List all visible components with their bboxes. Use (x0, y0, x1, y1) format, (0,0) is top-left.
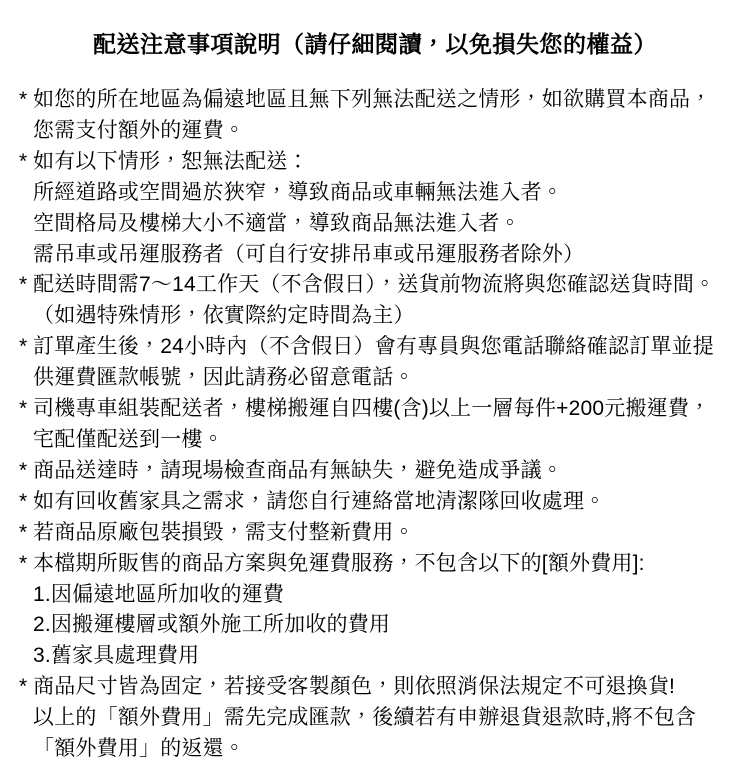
notice-line: * 如您的所在地區為偏遠地區且無下列無法配送之情形，如欲購買本商品， (19, 85, 746, 116)
bullet-marker: * (19, 85, 33, 116)
bullet-marker: * (19, 394, 33, 425)
notice-text: 以上的「額外費用」需先完成匯款，後續若有申辦退貨退款時,將不包含 (33, 703, 746, 734)
notice-line: 2.因搬運樓層或額外施工所加收的費用 (19, 610, 746, 641)
notice-text: 供運費匯款帳號，因此請務必留意電話。 (33, 363, 746, 394)
notice-line: （如遇特殊情形，依實際約定時間為主） (19, 301, 746, 332)
notice-text: 如有回收舊家具之需求，請您自行連絡當地清潔隊回收處理。 (33, 487, 746, 518)
notice-text: 商品送達時，請現場檢查商品有無缺失，避免造成爭議。 (33, 456, 746, 487)
notice-line: 空間格局及樓梯大小不適當，導致商品無法進入者。 (19, 209, 746, 240)
notice-text: 「額外費用」的返還。 (33, 734, 746, 765)
notice-line: 1.因偏遠地區所加收的運費 (19, 580, 746, 611)
bullet-marker: * (19, 332, 33, 363)
notice-text: 空間格局及樓梯大小不適當，導致商品無法進入者。 (33, 209, 746, 240)
notice-text: 需吊車或吊運服務者（可自行安排吊車或吊運服務者除外） (33, 240, 746, 271)
bullet-marker: * (19, 270, 33, 301)
notice-line: 宅配僅配送到一樓。 (19, 425, 746, 456)
notice-text: 如有以下情形，恕無法配送： (33, 147, 746, 178)
notice-text: 若商品原廠包裝損毀，需支付整新費用。 (33, 518, 746, 549)
notice-text: 宅配僅配送到一樓。 (33, 425, 746, 456)
notice-text: （如遇特殊情形，依實際約定時間為主） (33, 301, 746, 332)
notice-line: 以上的「額外費用」需先完成匯款，後續若有申辦退貨退款時,將不包含 (19, 703, 746, 734)
bullet-marker: * (19, 456, 33, 487)
bullet-marker: * (19, 487, 33, 518)
notice-text: 所經道路或空間過於狹窄，導致商品或車輛無法進入者。 (33, 178, 746, 209)
notice-text: 1.因偏遠地區所加收的運費 (33, 580, 746, 611)
bullet-marker: * (19, 147, 33, 178)
notice-line: * 訂單產生後，24小時內（不含假日）會有專員與您電話聯絡確認訂單並提 (19, 332, 746, 363)
notice-line: * 商品尺寸皆為固定，若接受客製顏色，則依照消保法規定不可退換貨! (19, 672, 746, 703)
notice-line: 您需支付額外的運費。 (19, 116, 746, 147)
bullet-marker: * (19, 672, 33, 703)
notice-line: * 如有回收舊家具之需求，請您自行連絡當地清潔隊回收處理。 (19, 487, 746, 518)
notice-text: 您需支付額外的運費。 (33, 116, 746, 147)
notice-body: * 如您的所在地區為偏遠地區且無下列無法配送之情形，如欲購買本商品， 您需支付額… (0, 85, 750, 765)
notice-text: 配送時間需7～14工作天（不含假日），送貨前物流將與您確認送貨時間。 (33, 270, 746, 301)
notice-text: 2.因搬運樓層或額外施工所加收的費用 (33, 610, 746, 641)
notice-line: * 司機專車組裝配送者，樓梯搬運自四樓(含)以上一層每件+200元搬運費， (19, 394, 746, 425)
notice-text: 如您的所在地區為偏遠地區且無下列無法配送之情形，如欲購買本商品， (33, 85, 746, 116)
notice-line: * 商品送達時，請現場檢查商品有無缺失，避免造成爭議。 (19, 456, 746, 487)
notice-line: * 如有以下情形，恕無法配送： (19, 147, 746, 178)
bullet-marker: * (19, 549, 33, 580)
notice-text: 訂單產生後，24小時內（不含假日）會有專員與您電話聯絡確認訂單並提 (33, 332, 746, 363)
notice-text: 司機專車組裝配送者，樓梯搬運自四樓(含)以上一層每件+200元搬運費， (33, 394, 746, 425)
notice-line: 供運費匯款帳號，因此請務必留意電話。 (19, 363, 746, 394)
notice-line: 所經道路或空間過於狹窄，導致商品或車輛無法進入者。 (19, 178, 746, 209)
notice-line: 3.舊家具處理費用 (19, 641, 746, 672)
notice-document: 配送注意事項說明（請仔細閱讀，以免損失您的權益） * 如您的所在地區為偏遠地區且… (0, 0, 750, 771)
notice-text: 商品尺寸皆為固定，若接受客製顏色，則依照消保法規定不可退換貨! (33, 672, 746, 703)
notice-text: 3.舊家具處理費用 (33, 641, 746, 672)
notice-text: 本檔期所販售的商品方案與免運費服務，不包含以下的[額外費用]: (33, 549, 746, 580)
notice-line: * 本檔期所販售的商品方案與免運費服務，不包含以下的[額外費用]: (19, 549, 746, 580)
notice-line: * 若商品原廠包裝損毀，需支付整新費用。 (19, 518, 746, 549)
bullet-marker: * (19, 518, 33, 549)
notice-line: 「額外費用」的返還。 (19, 734, 746, 765)
page-title: 配送注意事項說明（請仔細閱讀，以免損失您的權益） (0, 0, 750, 58)
notice-line: * 配送時間需7～14工作天（不含假日），送貨前物流將與您確認送貨時間。 (19, 270, 746, 301)
notice-line: 需吊車或吊運服務者（可自行安排吊車或吊運服務者除外） (19, 240, 746, 271)
